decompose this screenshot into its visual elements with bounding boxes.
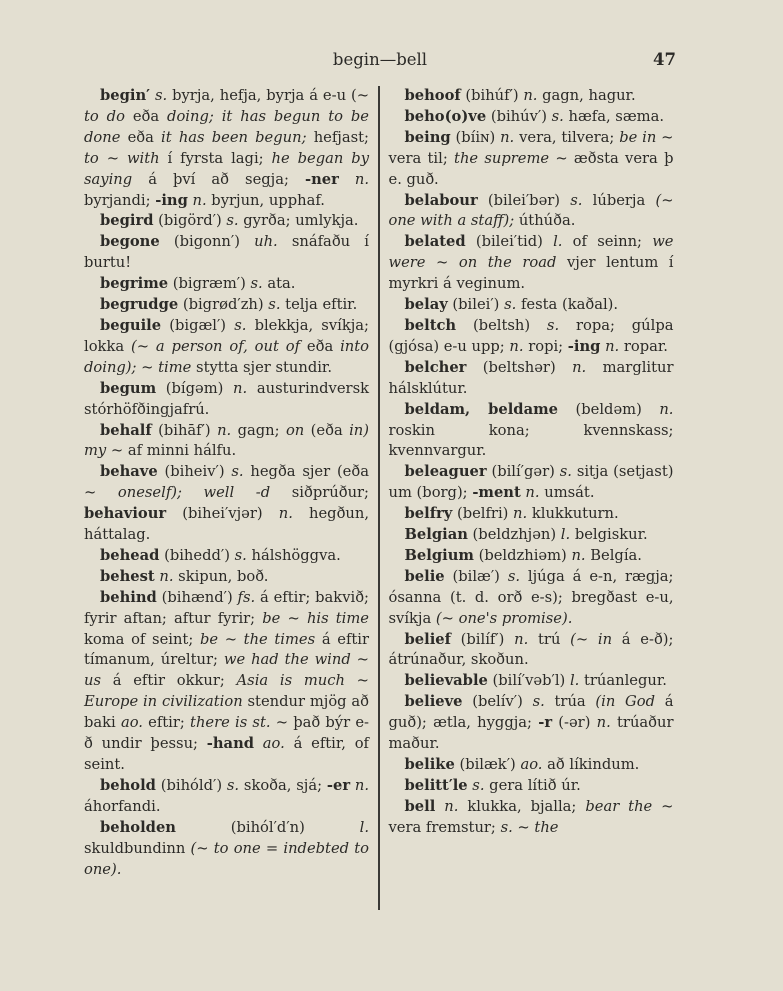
headword: begrudge bbox=[100, 296, 178, 313]
dictionary-entry: belfry (belfri) n. klukkuturn. bbox=[389, 504, 674, 525]
definition-text: (bihænd′) bbox=[157, 589, 238, 606]
dictionary-entry: Belgian (beldzhjən) l. belgiskur. bbox=[389, 525, 674, 546]
italic-text: s. bbox=[508, 568, 520, 585]
definition-text: (bilí′gər) bbox=[487, 463, 560, 480]
headword: behead bbox=[100, 547, 159, 564]
italic-text: ao. bbox=[254, 735, 285, 752]
headword: behest bbox=[100, 568, 155, 585]
italic-text: (~ in bbox=[570, 631, 612, 648]
headword: believe bbox=[405, 693, 463, 710]
headword: being bbox=[405, 129, 451, 146]
definition-text: í fyrsta lagi; bbox=[160, 150, 272, 167]
dictionary-entry: belief (bilíf′) n. trú (~ in á e-ð); átr… bbox=[389, 630, 674, 672]
definition-text: of seinn; bbox=[562, 233, 652, 250]
italic-text: n. bbox=[188, 192, 207, 209]
definition-text: telja eftir. bbox=[281, 296, 358, 313]
definition-text: trúa bbox=[545, 693, 596, 710]
headword: beguile bbox=[100, 317, 161, 334]
definition-text: (bigræm′) bbox=[168, 275, 250, 292]
definition-text: ropar. bbox=[619, 338, 668, 355]
italic-text: n. bbox=[500, 129, 514, 146]
definition-text: (eða bbox=[304, 422, 349, 439]
italic-text: n. bbox=[572, 359, 586, 376]
definition-text: (-ər) bbox=[552, 714, 597, 731]
definition-text: á eftir okkur; bbox=[101, 672, 237, 689]
headword: -ment bbox=[472, 484, 520, 501]
dictionary-entry: belike (bilæk′) ao. að líkindum. bbox=[389, 755, 674, 776]
dictionary-entry: beltch (beltsh) s. ropa; gúlpa (gjósa) e… bbox=[389, 316, 674, 358]
headword: beldam, beldame bbox=[405, 401, 558, 418]
definition-text: byrja, hefja, byrja á e-u ( bbox=[167, 87, 357, 104]
definition-text: stytta sjer stundir. bbox=[191, 359, 332, 376]
dictionary-entry: beleaguer (bilí′gər) s. sitja (setjast) … bbox=[389, 462, 674, 504]
italic-text: s. bbox=[504, 296, 516, 313]
headword: Belgian bbox=[405, 526, 468, 543]
italic-text: uh. bbox=[254, 233, 278, 250]
dictionary-entry: behead (bihedd′) s. hálshöggva. bbox=[84, 546, 369, 567]
definition-text: (beldəm) bbox=[558, 401, 659, 418]
definition-text: gyrða; umlykja. bbox=[239, 212, 359, 229]
headword: behalf bbox=[100, 422, 152, 439]
definition-text: eða bbox=[300, 338, 340, 355]
headword: belfry bbox=[405, 505, 453, 522]
italic-text: the supreme ~ bbox=[454, 150, 568, 167]
italic-text: l. bbox=[561, 526, 570, 543]
italic-text: ao. bbox=[520, 756, 542, 773]
definition-text: ropi; bbox=[524, 338, 568, 355]
definition-text: (bihúv′) bbox=[486, 108, 551, 125]
definition-text: gagn; bbox=[231, 422, 286, 439]
definition-text: áhorfandi. bbox=[84, 798, 161, 815]
dictionary-entry: believe (belív′) s. trúa (in God á guð);… bbox=[389, 692, 674, 755]
dictionary-entry: being (bíiɴ) n. vera, tilvera; be in ~ v… bbox=[389, 128, 674, 191]
dictionary-columns: begin′ s. byrja, hefja, byrja á e-u (~ t… bbox=[84, 86, 676, 910]
definition-text: siðprúður; bbox=[270, 484, 369, 501]
definition-text: (bilei′bər) bbox=[478, 192, 571, 209]
italic-text: n. bbox=[523, 87, 537, 104]
definition-text: (bilíf′) bbox=[451, 631, 514, 648]
definition-text: (belfri) bbox=[452, 505, 513, 522]
dictionary-entry: belated (bilei′tid) l. of seinn; we were… bbox=[389, 232, 674, 295]
definition-text: vera til; bbox=[389, 150, 455, 167]
italic-text: it has been begun; bbox=[161, 129, 306, 146]
definition-text: (bilí′vəb′l) bbox=[488, 672, 570, 689]
dictionary-entry: belay (bilei′) s. festa (kaðal). bbox=[389, 295, 674, 316]
dictionary-entry: belitt′le s. gera lítið úr. bbox=[389, 776, 674, 797]
definition-text: byrjun, upphaf. bbox=[207, 192, 325, 209]
italic-text: fs. bbox=[238, 589, 256, 606]
dictionary-entry: behind (bihænd′) fs. á eftir; bakvið; fy… bbox=[84, 588, 369, 776]
definition-text: (bilei′tid) bbox=[466, 233, 553, 250]
headword: bell bbox=[405, 798, 436, 815]
definition-text: byrjandi; bbox=[84, 192, 155, 209]
dictionary-entry: begin′ s. byrja, hefja, byrja á e-u (~ t… bbox=[84, 86, 369, 211]
definition-text: hæfa, sæma. bbox=[564, 108, 664, 125]
definition-text: (belív′) bbox=[463, 693, 533, 710]
definition-text: hefjast; bbox=[307, 129, 369, 146]
dictionary-entry: behalf (bihāf′) n. gagn; on (eða in) my … bbox=[84, 421, 369, 463]
italic-text: (~ one's promise). bbox=[436, 610, 572, 627]
italic-text: n. bbox=[217, 422, 231, 439]
italic-text: l. bbox=[360, 819, 369, 836]
headword: begin′ bbox=[100, 87, 150, 104]
dictionary-entry: beguile (bigæl′) s. blekkja, svíkja; lok… bbox=[84, 316, 369, 379]
dictionary-entry: belabour (bilei′bər) s. lúberja (~ one w… bbox=[389, 191, 674, 233]
italic-text: there is st. ~ bbox=[190, 714, 288, 731]
definition-text: (bigrød′zh) bbox=[178, 296, 268, 313]
italic-text: ao. bbox=[121, 714, 143, 731]
definition-text: skuldbundinn bbox=[84, 840, 191, 857]
italic-text: n. bbox=[279, 505, 293, 522]
headword: -hand bbox=[207, 735, 254, 752]
italic-text: n. bbox=[233, 380, 247, 397]
definition-text: (bihedd′) bbox=[159, 547, 234, 564]
page-header: begin—bell 47 bbox=[84, 50, 676, 74]
italic-text: n. bbox=[339, 171, 369, 188]
definition-text: á því að segja; bbox=[132, 171, 305, 188]
page-number: 47 bbox=[653, 50, 676, 69]
headword: belie bbox=[405, 568, 445, 585]
italic-text: s. bbox=[560, 463, 572, 480]
dictionary-entry: belie (bilæ′) s. ljúga á e-n, rægja; ósa… bbox=[389, 567, 674, 630]
headword: behaviour bbox=[84, 505, 166, 522]
definition-text: (bilei′) bbox=[448, 296, 504, 313]
dictionary-entry: beholden (bihól′d′n) l. skuldbundinn (~ … bbox=[84, 818, 369, 881]
headword: beleaguer bbox=[405, 463, 487, 480]
headword: Belgium bbox=[405, 547, 474, 564]
headword: belcher bbox=[405, 359, 467, 376]
italic-text: be ~ his time bbox=[262, 610, 369, 627]
italic-text: be in ~ bbox=[619, 129, 673, 146]
headword: begrime bbox=[100, 275, 168, 292]
dictionary-entry: beho(o)ve (bihúv′) s. hæfa, sæma. bbox=[389, 107, 674, 128]
definition-text: að líkindum. bbox=[542, 756, 639, 773]
italic-text: s. bbox=[570, 192, 582, 209]
headword: behold bbox=[100, 777, 156, 794]
italic-text: n. bbox=[513, 505, 527, 522]
dictionary-entry: behoof (bihúf′) n. gagn, hagur. bbox=[389, 86, 674, 107]
dictionary-entry: bell n. klukka, bjalla; bear the ~ vera … bbox=[389, 797, 674, 839]
definition-text: (bígəm) bbox=[156, 380, 233, 397]
definition-text: (bihóld′) bbox=[156, 777, 227, 794]
dictionary-entry: begird (bigörd′) s. gyrða; umlykja. bbox=[84, 211, 369, 232]
italic-text: s. bbox=[468, 777, 485, 794]
italic-text: s. bbox=[547, 317, 559, 334]
italic-text: ~ oneself); well -d bbox=[84, 484, 270, 501]
definition-text: klukkuturn. bbox=[527, 505, 619, 522]
italic-text: s. bbox=[552, 108, 564, 125]
headword: -ing bbox=[568, 338, 601, 355]
definition-text: lúberja bbox=[582, 192, 655, 209]
italic-text: s. bbox=[150, 87, 167, 104]
italic-text: n. bbox=[571, 547, 585, 564]
definition-text: (biheiv′) bbox=[158, 463, 232, 480]
italic-text: n. bbox=[155, 568, 174, 585]
italic-text: on bbox=[286, 422, 304, 439]
definition-text: (bihól′d′n) bbox=[176, 819, 360, 836]
italic-text: n. bbox=[435, 798, 458, 815]
headword: behave bbox=[100, 463, 158, 480]
italic-text: bear the ~ bbox=[585, 798, 673, 815]
definition-text: skoða, sjá; bbox=[239, 777, 327, 794]
definition-text: roskin kona; kvennskass; kvennvargur. bbox=[389, 422, 674, 460]
definition-text: vera fremstur; bbox=[389, 819, 501, 836]
dictionary-entry: begone (bigonn′) uh. snáfaðu í burtu! bbox=[84, 232, 369, 274]
headword: belitt′le bbox=[405, 777, 468, 794]
definition-text: skipun, boð. bbox=[174, 568, 269, 585]
italic-text: be ~ the times bbox=[200, 631, 315, 648]
left-column: begin′ s. byrja, hefja, byrja á e-u (~ t… bbox=[84, 86, 378, 910]
definition-text: Belgía. bbox=[586, 547, 642, 564]
dictionary-entry: begrudge (bigrød′zh) s. telja eftir. bbox=[84, 295, 369, 316]
italic-text: s. ~ the bbox=[501, 819, 559, 836]
headword: belay bbox=[405, 296, 448, 313]
dictionary-entry: Belgium (beldzhiəm) n. Belgía. bbox=[389, 546, 674, 567]
definition-text: hálshöggva. bbox=[247, 547, 341, 564]
italic-text: n. bbox=[600, 338, 619, 355]
definition-text: (beldzhjən) bbox=[468, 526, 561, 543]
dictionary-entry: behest n. skipun, boð. bbox=[84, 567, 369, 588]
headword: belated bbox=[405, 233, 466, 250]
definition-text: af minni hálfu. bbox=[123, 442, 236, 459]
italic-text: s. bbox=[533, 693, 545, 710]
headword: -ing bbox=[155, 192, 188, 209]
headword: beltch bbox=[405, 317, 457, 334]
headword: belief bbox=[405, 631, 451, 648]
definition-text: belgiskur. bbox=[570, 526, 648, 543]
headword: believable bbox=[405, 672, 488, 689]
dictionary-entry: belcher (beltshər) n. marglitur hálsklút… bbox=[389, 358, 674, 400]
definition-text: eða bbox=[120, 129, 161, 146]
definition-text: trú bbox=[528, 631, 570, 648]
definition-text: gera lítið úr. bbox=[485, 777, 581, 794]
definition-text: (bihāf′) bbox=[152, 422, 217, 439]
definition-text: (beltsh) bbox=[456, 317, 547, 334]
italic-text: l. bbox=[570, 672, 579, 689]
italic-text: (in God bbox=[595, 693, 655, 710]
headword: beholden bbox=[100, 819, 176, 836]
italic-text: s. bbox=[226, 212, 238, 229]
italic-text: to ~ with bbox=[84, 150, 160, 167]
definition-text: umsát. bbox=[540, 484, 595, 501]
italic-text: s. bbox=[268, 296, 280, 313]
definition-text: (bigörd′) bbox=[153, 212, 226, 229]
headword: -ner bbox=[305, 171, 339, 188]
definition-text: (beldzhiəm) bbox=[474, 547, 572, 564]
dictionary-entry: behold (bihóld′) s. skoða, sjá; -er n. á… bbox=[84, 776, 369, 818]
italic-text: n. bbox=[509, 338, 523, 355]
headword: begird bbox=[100, 212, 153, 229]
headword: behind bbox=[100, 589, 157, 606]
italic-text: s. bbox=[231, 463, 243, 480]
definition-text: (bigæl′) bbox=[161, 317, 234, 334]
headword: -r bbox=[538, 714, 552, 731]
running-head: begin—bell bbox=[84, 50, 676, 69]
definition-text: úthúða. bbox=[514, 212, 575, 229]
definition-text: gagn, hagur. bbox=[537, 87, 635, 104]
headword: behoof bbox=[405, 87, 461, 104]
definition-text: (bigonn′) bbox=[160, 233, 254, 250]
headword: begum bbox=[100, 380, 156, 397]
headword: beho(o)ve bbox=[405, 108, 487, 125]
headword: -er bbox=[327, 777, 350, 794]
definition-text: ata. bbox=[263, 275, 296, 292]
definition-text: (beltshər) bbox=[466, 359, 572, 376]
headword: begone bbox=[100, 233, 160, 250]
definition-text: festa (kaðal). bbox=[516, 296, 618, 313]
definition-text: eftir; bbox=[143, 714, 190, 731]
italic-text: s. bbox=[227, 777, 239, 794]
definition-text: hegða sjer (eða bbox=[244, 463, 369, 480]
definition-text: trúanlegur. bbox=[579, 672, 667, 689]
definition-text: eða bbox=[125, 108, 167, 125]
italic-text: n. bbox=[350, 777, 369, 794]
definition-text: (bihei′vjər) bbox=[166, 505, 279, 522]
headword: belike bbox=[405, 756, 455, 773]
definition-text: vera, tilvera; bbox=[514, 129, 619, 146]
definition-text: (bilæk′) bbox=[455, 756, 521, 773]
italic-text: n. bbox=[514, 631, 528, 648]
dictionary-entry: beldam, beldame (beldəm) n. roskin kona;… bbox=[389, 400, 674, 463]
italic-text: s. bbox=[250, 275, 262, 292]
definition-text: (bíiɴ) bbox=[451, 129, 500, 146]
italic-text: (~ a person of, out of bbox=[131, 338, 300, 355]
definition-text: koma of seint; bbox=[84, 631, 200, 648]
headword: belabour bbox=[405, 192, 478, 209]
definition-text: (bilæ′) bbox=[445, 568, 508, 585]
italic-text: n. bbox=[521, 484, 540, 501]
dictionary-entry: believable (bilí′vəb′l) l. trúanlegur. bbox=[389, 671, 674, 692]
italic-text: n. bbox=[659, 401, 673, 418]
italic-text: n. bbox=[597, 714, 611, 731]
italic-text: s. bbox=[234, 317, 246, 334]
definition-text: klukka, bjalla; bbox=[458, 798, 585, 815]
dictionary-entry: behave (biheiv′) s. hegða sjer (eða ~ on… bbox=[84, 462, 369, 546]
right-column: behoof (bihúf′) n. gagn, hagur.beho(o)ve… bbox=[380, 86, 674, 910]
dictionary-entry: begum (bígəm) n. austurindversk stórhöfð… bbox=[84, 379, 369, 421]
italic-text: s. bbox=[235, 547, 247, 564]
definition-text: (bihúf′) bbox=[461, 87, 524, 104]
dictionary-entry: begrime (bigræm′) s. ata. bbox=[84, 274, 369, 295]
